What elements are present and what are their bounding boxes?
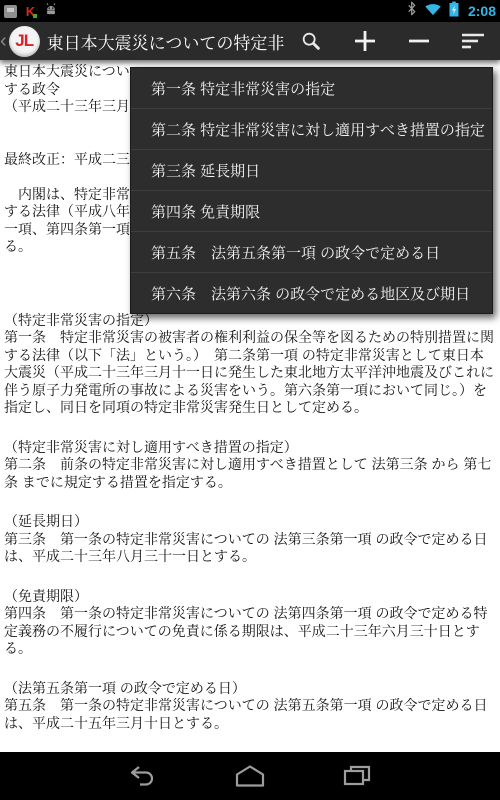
article-menu-popup: 第一条 特定非常災害の指定 第二条 特定非常災害に対し適用すべき措置の指定 第三… bbox=[130, 67, 493, 314]
recents-icon bbox=[343, 765, 371, 787]
app-logo-text: JL bbox=[15, 31, 33, 51]
app-logo[interactable]: JL bbox=[9, 26, 40, 57]
menu-item-article-4[interactable]: 第四条 免責期限 bbox=[131, 190, 492, 231]
kaspersky-icon: K bbox=[24, 5, 37, 18]
usb-debugging-robot-icon bbox=[44, 2, 58, 21]
zoom-out-button[interactable] bbox=[392, 22, 446, 60]
plus-icon bbox=[352, 28, 378, 54]
law-section-4: （免責期限） 第四条 第一条の特定非常災害についての 法第四条第一項 の政令で定… bbox=[4, 588, 496, 658]
section-heading: （免責期限） bbox=[4, 588, 496, 606]
status-bar: K bbox=[0, 0, 500, 22]
wifi-icon bbox=[424, 2, 442, 21]
app-bar-actions bbox=[284, 22, 500, 60]
system-nav-bar bbox=[0, 752, 500, 800]
section-body: 第一条 特定非常災害の被害者の権利利益の保全等を図るための特別措置に関する法律（… bbox=[4, 329, 496, 417]
minus-icon bbox=[406, 28, 432, 54]
law-section-1: （特定非常災害の指定） 第一条 特定非常災害の被害者の権利利益の保全等を図るため… bbox=[4, 312, 496, 417]
nav-back-button[interactable] bbox=[90, 752, 197, 800]
section-heading: （延長期日） bbox=[4, 513, 496, 531]
law-section-2: （特定非常災害に対し適用すべき措置の指定） 第二条 前条の特定非常災害に対し適用… bbox=[4, 439, 496, 492]
nav-home-button[interactable] bbox=[197, 752, 304, 800]
menu-item-article-2[interactable]: 第二条 特定非常災害に対し適用すべき措置の指定 bbox=[131, 108, 492, 149]
home-icon bbox=[235, 765, 265, 787]
notification-app-icon bbox=[4, 5, 17, 18]
section-heading: （特定非常災害に対し適用すべき措置の指定） bbox=[4, 439, 496, 457]
app-bar: ‹ JL 東日本大震災についての特定非... bbox=[0, 22, 500, 60]
back-icon bbox=[128, 765, 158, 787]
menu-item-article-5[interactable]: 第五条 法第五条第一項 の政令で定める日 bbox=[131, 231, 492, 272]
page-title: 東日本大震災についての特定非... bbox=[47, 29, 284, 54]
law-section-3: （延長期日） 第三条 第一条の特定非常災害についての 法第三条第一項 の政令で定… bbox=[4, 513, 496, 566]
bluetooth-icon bbox=[406, 1, 417, 21]
status-bar-right: 2:08 bbox=[406, 1, 496, 22]
law-section-5: （法第五条第一項 の政令で定める日） 第五条 第一条の特定非常災害についての 法… bbox=[4, 680, 496, 733]
zoom-in-button[interactable] bbox=[338, 22, 392, 60]
section-body: 第三条 第一条の特定非常災害についての 法第三条第一項 の政令で定める日は、平成… bbox=[4, 531, 496, 566]
android-screen: K bbox=[0, 0, 500, 800]
section-body: 第四条 第一条の特定非常災害についての 法第四条第一項 の政令で定める特定義務の… bbox=[4, 605, 496, 658]
section-heading: （法第五条第一項 の政令で定める日） bbox=[4, 680, 496, 698]
section-body: 第五条 第一条の特定非常災害についての 法第五条第一項 の政令で定める日は、平成… bbox=[4, 697, 496, 732]
back-chevron-icon[interactable]: ‹ bbox=[0, 22, 8, 60]
menu-item-article-1[interactable]: 第一条 特定非常災害の指定 bbox=[131, 68, 492, 108]
battery-charging-icon bbox=[449, 1, 459, 22]
search-icon bbox=[300, 30, 322, 52]
section-heading: （特定非常災害の指定） bbox=[4, 312, 496, 330]
status-bar-left: K bbox=[4, 2, 58, 21]
search-button[interactable] bbox=[284, 22, 338, 60]
menu-item-article-6[interactable]: 第六条 法第六条 の政令で定める地区及び期日 bbox=[131, 272, 492, 313]
menu-item-article-3[interactable]: 第三条 延長期日 bbox=[131, 149, 492, 190]
section-body: 第二条 前条の特定非常災害に対し適用すべき措置として 法第三条 から 第七条 ま… bbox=[4, 456, 496, 491]
article-list-icon bbox=[460, 30, 486, 52]
clock: 2:08 bbox=[466, 3, 496, 19]
nav-recents-button[interactable] bbox=[304, 752, 411, 800]
article-list-button[interactable] bbox=[446, 22, 500, 60]
